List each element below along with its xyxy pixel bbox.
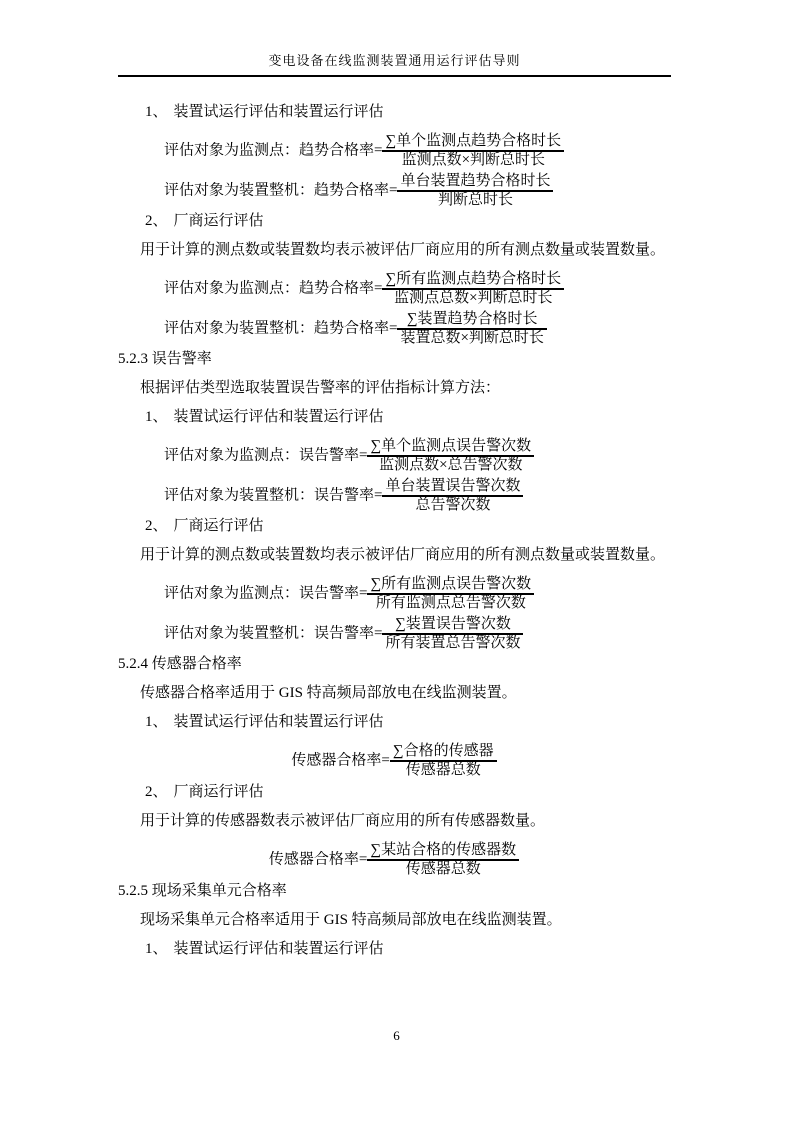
fraction: ∑合格的传感器传感器总数 xyxy=(390,743,497,779)
fraction-denominator: 所有装置总告警次数 xyxy=(382,635,523,652)
list-item-label: 厂商运行评估 xyxy=(174,784,264,800)
list-item: 2、厂商运行评估 xyxy=(118,213,670,230)
list-item-label: 装置试运行评估和装置运行评估 xyxy=(174,409,384,425)
list-item: 1、装置试运行评估和装置运行评估 xyxy=(118,941,670,958)
document-body: 1、装置试运行评估和装置运行评估评估对象为监测点：趋势合格率=∑单个监测点趋势合… xyxy=(118,104,670,970)
fraction: 单台装置误告警次数总告警次数 xyxy=(382,478,523,514)
list-item: 1、装置试运行评估和装置运行评估 xyxy=(118,409,670,426)
section-heading: 5.2.5 现场采集单元合格率 xyxy=(118,883,670,900)
list-marker: 2、 xyxy=(145,784,168,800)
fraction: ∑单个监测点误告警次数监测点数×总告警次数 xyxy=(367,438,534,474)
formula: 评估对象为装置整机：趋势合格率=单台装置趋势合格时长判断总时长 xyxy=(118,173,670,209)
list-marker: 2、 xyxy=(145,213,168,229)
formula-label: 评估对象为装置整机：误告警率= xyxy=(164,487,382,503)
fraction: 单台装置趋势合格时长判断总时长 xyxy=(397,173,553,209)
list-item: 2、厂商运行评估 xyxy=(118,784,670,801)
list-marker: 1、 xyxy=(145,941,168,957)
body-paragraph: 根据评估类型选取装置误告警率的评估指标计算方法： xyxy=(118,380,670,397)
fraction-denominator: 装置总数×判断总时长 xyxy=(397,330,546,347)
fraction-denominator: 所有监测点总告警次数 xyxy=(367,595,534,612)
formula-label: 评估对象为监测点：趋势合格率= xyxy=(164,142,382,158)
fraction-denominator: 监测点总数×判断总时长 xyxy=(382,290,564,307)
fraction-numerator: ∑所有监测点误告警次数 xyxy=(367,576,534,595)
list-item-label: 厂商运行评估 xyxy=(174,213,264,229)
page-number: 6 xyxy=(0,1028,793,1044)
formula-label: 评估对象为装置整机：趋势合格率= xyxy=(164,320,397,336)
fraction: ∑装置误告警次数所有装置总告警次数 xyxy=(382,616,523,652)
document-page: 变电设备在线监测装置通用运行评估导则 1、装置试运行评估和装置运行评估评估对象为… xyxy=(0,0,793,1122)
fraction-denominator: 传感器总数 xyxy=(367,861,519,878)
fraction-denominator: 总告警次数 xyxy=(382,497,523,514)
formula-label: 评估对象为装置整机：误告警率= xyxy=(164,625,382,641)
list-marker: 1、 xyxy=(145,409,168,425)
body-paragraph: 现场采集单元合格率适用于 GIS 特高频局部放电在线监测装置。 xyxy=(118,912,670,929)
fraction-numerator: 单台装置误告警次数 xyxy=(382,478,523,497)
formula: 评估对象为监测点：误告警率=∑单个监测点误告警次数监测点数×总告警次数 xyxy=(118,438,670,474)
list-item-label: 装置试运行评估和装置运行评估 xyxy=(174,104,384,120)
list-item-label: 装置试运行评估和装置运行评估 xyxy=(174,714,384,730)
fraction-denominator: 判断总时长 xyxy=(397,192,553,209)
fraction-denominator: 传感器总数 xyxy=(390,762,497,779)
formula: 传感器合格率=∑合格的传感器传感器总数 xyxy=(118,743,670,779)
formula: 评估对象为监测点：趋势合格率=∑单个监测点趋势合格时长监测点数×判断总时长 xyxy=(118,133,670,169)
list-item: 2、厂商运行评估 xyxy=(118,518,670,535)
formula-label: 评估对象为监测点：趋势合格率= xyxy=(164,280,382,296)
list-item-label: 装置试运行评估和装置运行评估 xyxy=(174,941,384,957)
formula-label: 评估对象为装置整机：趋势合格率= xyxy=(164,182,397,198)
formula-label: 传感器合格率= xyxy=(269,851,367,867)
fraction-numerator: ∑合格的传感器 xyxy=(390,743,497,762)
document-title: 变电设备在线监测装置通用运行评估导则 xyxy=(118,52,671,69)
body-paragraph: 用于计算的测点数或装置数均表示被评估厂商应用的所有测点数量或装置数量。 xyxy=(118,547,670,564)
fraction-denominator: 监测点数×总告警次数 xyxy=(367,457,534,474)
fraction-numerator: ∑装置趋势合格时长 xyxy=(397,311,546,330)
fraction-numerator: ∑某站合格的传感器数 xyxy=(367,842,519,861)
formula-label: 评估对象为监测点：误告警率= xyxy=(164,447,367,463)
fraction-denominator: 监测点数×判断总时长 xyxy=(382,152,564,169)
formula: 评估对象为监测点：趋势合格率=∑所有监测点趋势合格时长监测点总数×判断总时长 xyxy=(118,271,670,307)
formula-label: 评估对象为监测点：误告警率= xyxy=(164,585,367,601)
formula: 评估对象为装置整机：趋势合格率=∑装置趋势合格时长装置总数×判断总时长 xyxy=(118,311,670,347)
fraction: ∑所有监测点趋势合格时长监测点总数×判断总时长 xyxy=(382,271,564,307)
fraction-numerator: ∑单个监测点趋势合格时长 xyxy=(382,133,564,152)
fraction-numerator: ∑装置误告警次数 xyxy=(382,616,523,635)
fraction-numerator: ∑所有监测点趋势合格时长 xyxy=(382,271,564,290)
list-marker: 1、 xyxy=(145,714,168,730)
fraction: ∑装置趋势合格时长装置总数×判断总时长 xyxy=(397,311,546,347)
section-heading: 5.2.3 误告警率 xyxy=(118,351,670,368)
formula-label: 传感器合格率= xyxy=(291,752,389,768)
formula: 评估对象为监测点：误告警率=∑所有监测点误告警次数所有监测点总告警次数 xyxy=(118,576,670,612)
page-header: 变电设备在线监测装置通用运行评估导则 xyxy=(118,52,671,77)
fraction: ∑单个监测点趋势合格时长监测点数×判断总时长 xyxy=(382,133,564,169)
fraction-numerator: ∑单个监测点误告警次数 xyxy=(367,438,534,457)
list-marker: 2、 xyxy=(145,518,168,534)
fraction: ∑某站合格的传感器数传感器总数 xyxy=(367,842,519,878)
formula: 评估对象为装置整机：误告警率=单台装置误告警次数总告警次数 xyxy=(118,478,670,514)
list-item: 1、装置试运行评估和装置运行评估 xyxy=(118,714,670,731)
body-paragraph: 用于计算的传感器数表示被评估厂商应用的所有传感器数量。 xyxy=(118,813,670,830)
list-item-label: 厂商运行评估 xyxy=(174,518,264,534)
fraction-numerator: 单台装置趋势合格时长 xyxy=(397,173,553,192)
formula: 评估对象为装置整机：误告警率=∑装置误告警次数所有装置总告警次数 xyxy=(118,616,670,652)
body-paragraph: 传感器合格率适用于 GIS 特高频局部放电在线监测装置。 xyxy=(118,685,670,702)
body-paragraph: 用于计算的测点数或装置数均表示被评估厂商应用的所有测点数量或装置数量。 xyxy=(118,242,670,259)
section-heading: 5.2.4 传感器合格率 xyxy=(118,656,670,673)
formula: 传感器合格率=∑某站合格的传感器数传感器总数 xyxy=(118,842,670,878)
list-marker: 1、 xyxy=(145,104,168,120)
fraction: ∑所有监测点误告警次数所有监测点总告警次数 xyxy=(367,576,534,612)
list-item: 1、装置试运行评估和装置运行评估 xyxy=(118,104,670,121)
